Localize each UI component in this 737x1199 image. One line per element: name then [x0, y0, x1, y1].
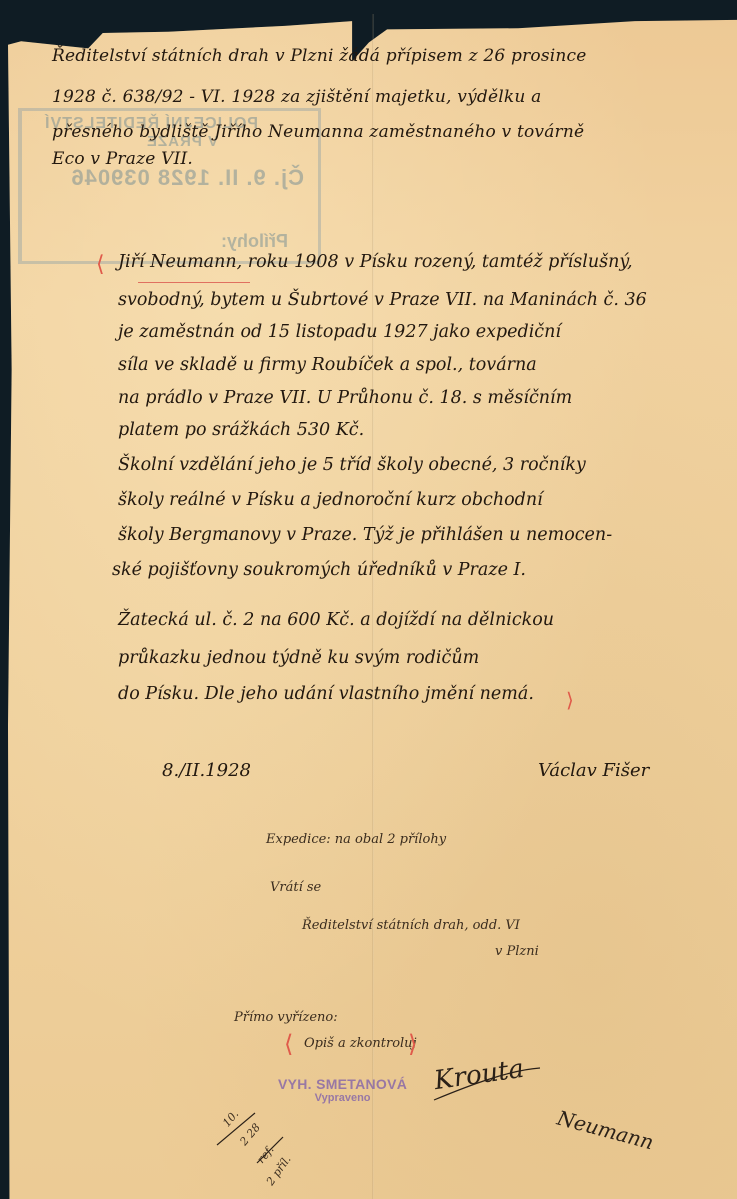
red-bracket-left: ⟨: [284, 1030, 293, 1058]
fold-line: [372, 14, 374, 1199]
dispatch-stamp-status: Vypraveno: [278, 1092, 407, 1104]
body-line-2: svobodný, bytem u Šubrtové v Praze VII. …: [118, 290, 647, 310]
body-line-9: školy Bergmanovy v Praze. Týž je přihláš…: [118, 525, 612, 545]
dispatch-stamp: VYH. SMETANOVÁ Vypraveno: [278, 1076, 407, 1104]
signature-flourish: [430, 1050, 550, 1130]
body-line-10: ské pojišťovny soukromých úředníků v Pra…: [112, 560, 526, 580]
body-line-5: na prádlo v Praze VII. U Průhonu č. 18. …: [118, 388, 572, 408]
red-paragraph-mark: ⟨: [96, 252, 105, 277]
header-line-1: Ředitelství státních drah v Plzni žádá p…: [52, 46, 587, 66]
body-line-4: síla ve skladě u firmy Roubíček a spol.,…: [118, 355, 537, 375]
body-line-13: do Písku. Dle jeho udání vlastního jmění…: [118, 684, 534, 704]
red-name-underline: [138, 282, 250, 283]
body-line-1: Jiří Neumann, roku 1908 v Písku rozený, …: [118, 252, 633, 272]
body-line-6: platem po srážkách 530 Kč.: [118, 420, 364, 440]
header-line-4: Eco v Praze VII.: [52, 149, 193, 169]
body-line-8: školy reálné v Písku a jednoroční kurz o…: [118, 490, 543, 510]
red-bracket-right: ⟩: [408, 1030, 417, 1058]
red-insertion-mark: ⟩: [566, 688, 574, 712]
header-line-3: přesného bydliště Jiřího Neumanna zaměst…: [52, 122, 584, 142]
dispatch-line-2: Vrátí se: [270, 880, 321, 895]
body-line-7: Školní vzdělání jeho je 5 tříd školy obe…: [118, 455, 586, 475]
dispatch-stamp-name: VYH. SMETANOVÁ: [278, 1076, 407, 1092]
stamp-attachments: Přílohy:: [221, 231, 288, 252]
author-signature: Václav Fišer: [538, 760, 649, 781]
copy-note-label: Přímo vyřízeno:: [234, 1010, 338, 1025]
header-line-2: 1928 č. 638/92 - VI. 1928 za zjištění ma…: [52, 87, 541, 107]
body-line-11: Žatecká ul. č. 2 na 600 Kč. a dojíždí na…: [118, 610, 554, 630]
dispatch-line-4: v Plzni: [495, 944, 539, 959]
margin-fraction-lines: [215, 1105, 295, 1175]
body-line-3: je zaměstnán od 15 listopadu 1927 jako e…: [118, 322, 561, 342]
copy-note-bracketed: Opiš a zkontroluj: [304, 1036, 417, 1051]
dispatch-line-1: Expedice: na obal 2 přílohy: [266, 832, 446, 847]
report-date: 8./II.1928: [162, 760, 251, 781]
body-line-12: průkazku jednou týdně ku svým rodičům: [118, 648, 479, 668]
dispatch-line-3: Ředitelství státních drah, odd. VI: [302, 918, 520, 933]
